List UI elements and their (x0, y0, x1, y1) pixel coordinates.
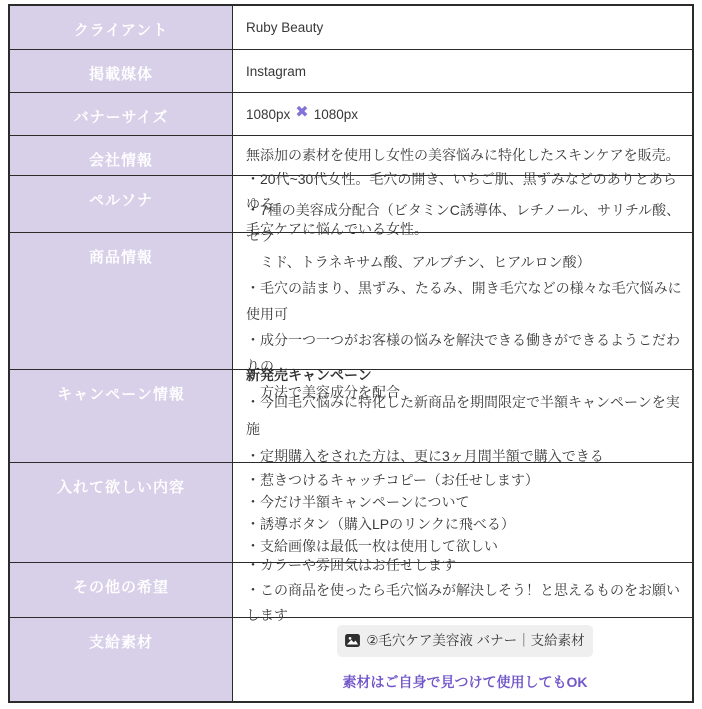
client-name: Ruby Beauty (246, 15, 684, 40)
media-name: Instagram (246, 59, 684, 84)
product-info-line: ・毛穴の詰まり、黒ずみ、たるみ、開き毛穴などの様々な毛穴悩みに使用可 (246, 275, 684, 327)
product-info-line: ミド、トラネキサム酸、アルブチン、ヒアルロン酸） (246, 249, 684, 275)
table-row-campaign-info: キャンペーン情報 新発売キャンペーン ・今回毛穴悩みに特化した新商品を期間限定で… (10, 370, 692, 463)
row-value-product-info: ・7種の美容成分配合（ビタミンC誘導体、レチノール、サリチル酸、セラ ミド、トラ… (233, 233, 692, 369)
supplied-materials-note: 素材はご自身で見つけて使用してもOK (343, 670, 588, 695)
table-row-product-info: 商品情報 ・7種の美容成分配合（ビタミンC誘導体、レチノール、サリチル酸、セラ … (10, 233, 692, 370)
banner-width: 1080px (246, 102, 290, 127)
company-info-text: 無添加の素材を使用し女性の美容悩みに特化したスキンケアを販売。 (246, 143, 684, 168)
banner-size-line: 1080px ✖ 1080px (246, 102, 684, 127)
campaign-line: ・今回毛穴悩みに特化した新商品を期間限定で半額キャンペーンを実施 (246, 389, 684, 443)
supplied-materials-link-label: ②毛穴ケア美容液 バナー｜支給素材 (366, 628, 584, 653)
row-label-banner-size: バナーサイズ (10, 93, 233, 135)
brief-table: クライアント Ruby Beauty 掲載媒体 Instagram バナーサイズ… (8, 4, 694, 703)
table-row-supplied-materials: 支給素材 ②毛穴ケア美容液 バナー｜支給素材 素材はご自身で見つけて使用してもO… (10, 618, 692, 701)
table-row-requested-content: 入れて欲しい内容 ・惹きつけるキャッチコピー（お任せします） ・今だけ半額キャン… (10, 463, 692, 563)
product-info-line: ・7種の美容成分配合（ビタミンC誘導体、レチノール、サリチル酸、セラ (246, 197, 684, 249)
design-brief-page: クライアント Ruby Beauty 掲載媒体 Instagram バナーサイズ… (0, 0, 702, 709)
requested-content-line: ・誘導ボタン（購入LPのリンクに飛べる） (246, 513, 684, 535)
row-value-media: Instagram (233, 50, 692, 92)
row-label-other-wishes: その他の希望 (10, 563, 233, 617)
table-row-client: クライアント Ruby Beauty (10, 6, 692, 50)
supplied-materials-page-link[interactable]: ②毛穴ケア美容液 バナー｜支給素材 (337, 625, 592, 657)
campaign-heading: 新発売キャンペーン (246, 362, 684, 389)
row-value-supplied-materials: ②毛穴ケア美容液 バナー｜支給素材 素材はご自身で見つけて使用してもOK (233, 618, 692, 701)
multiply-x-icon: ✖ (295, 105, 308, 121)
row-value-requested-content: ・惹きつけるキャッチコピー（お任せします） ・今だけ半額キャンペーンについて ・… (233, 463, 692, 562)
banner-height: 1080px (314, 102, 358, 127)
row-label-requested-content: 入れて欲しい内容 (10, 463, 233, 562)
other-wishes-line: ・カラーや雰囲気はお任せします (246, 553, 684, 578)
row-label-persona: ペルソナ (10, 176, 233, 232)
image-icon (345, 634, 360, 647)
requested-content-line: ・今だけ半額キャンペーンについて (246, 491, 684, 513)
requested-content-line: ・惹きつけるキャッチコピー（お任せします） (246, 469, 684, 491)
row-value-campaign-info: 新発売キャンペーン ・今回毛穴悩みに特化した新商品を期間限定で半額キャンペーンを… (233, 370, 692, 462)
row-value-client: Ruby Beauty (233, 6, 692, 49)
table-row-other-wishes: その他の希望 ・カラーや雰囲気はお任せします ・この商品を使ったら毛穴悩みが解決… (10, 563, 692, 618)
table-row-banner-size: バナーサイズ 1080px ✖ 1080px (10, 93, 692, 136)
row-label-product-info: 商品情報 (10, 233, 233, 369)
row-value-banner-size: 1080px ✖ 1080px (233, 93, 692, 135)
row-label-company-info: 会社情報 (10, 136, 233, 175)
row-label-client: クライアント (10, 6, 233, 49)
table-row-media: 掲載媒体 Instagram (10, 50, 692, 93)
row-label-supplied-materials: 支給素材 (10, 618, 233, 701)
row-value-other-wishes: ・カラーや雰囲気はお任せします ・この商品を使ったら毛穴悩みが解決しそう！と思え… (233, 563, 692, 617)
row-label-media: 掲載媒体 (10, 50, 233, 92)
row-label-campaign-info: キャンペーン情報 (10, 370, 233, 462)
